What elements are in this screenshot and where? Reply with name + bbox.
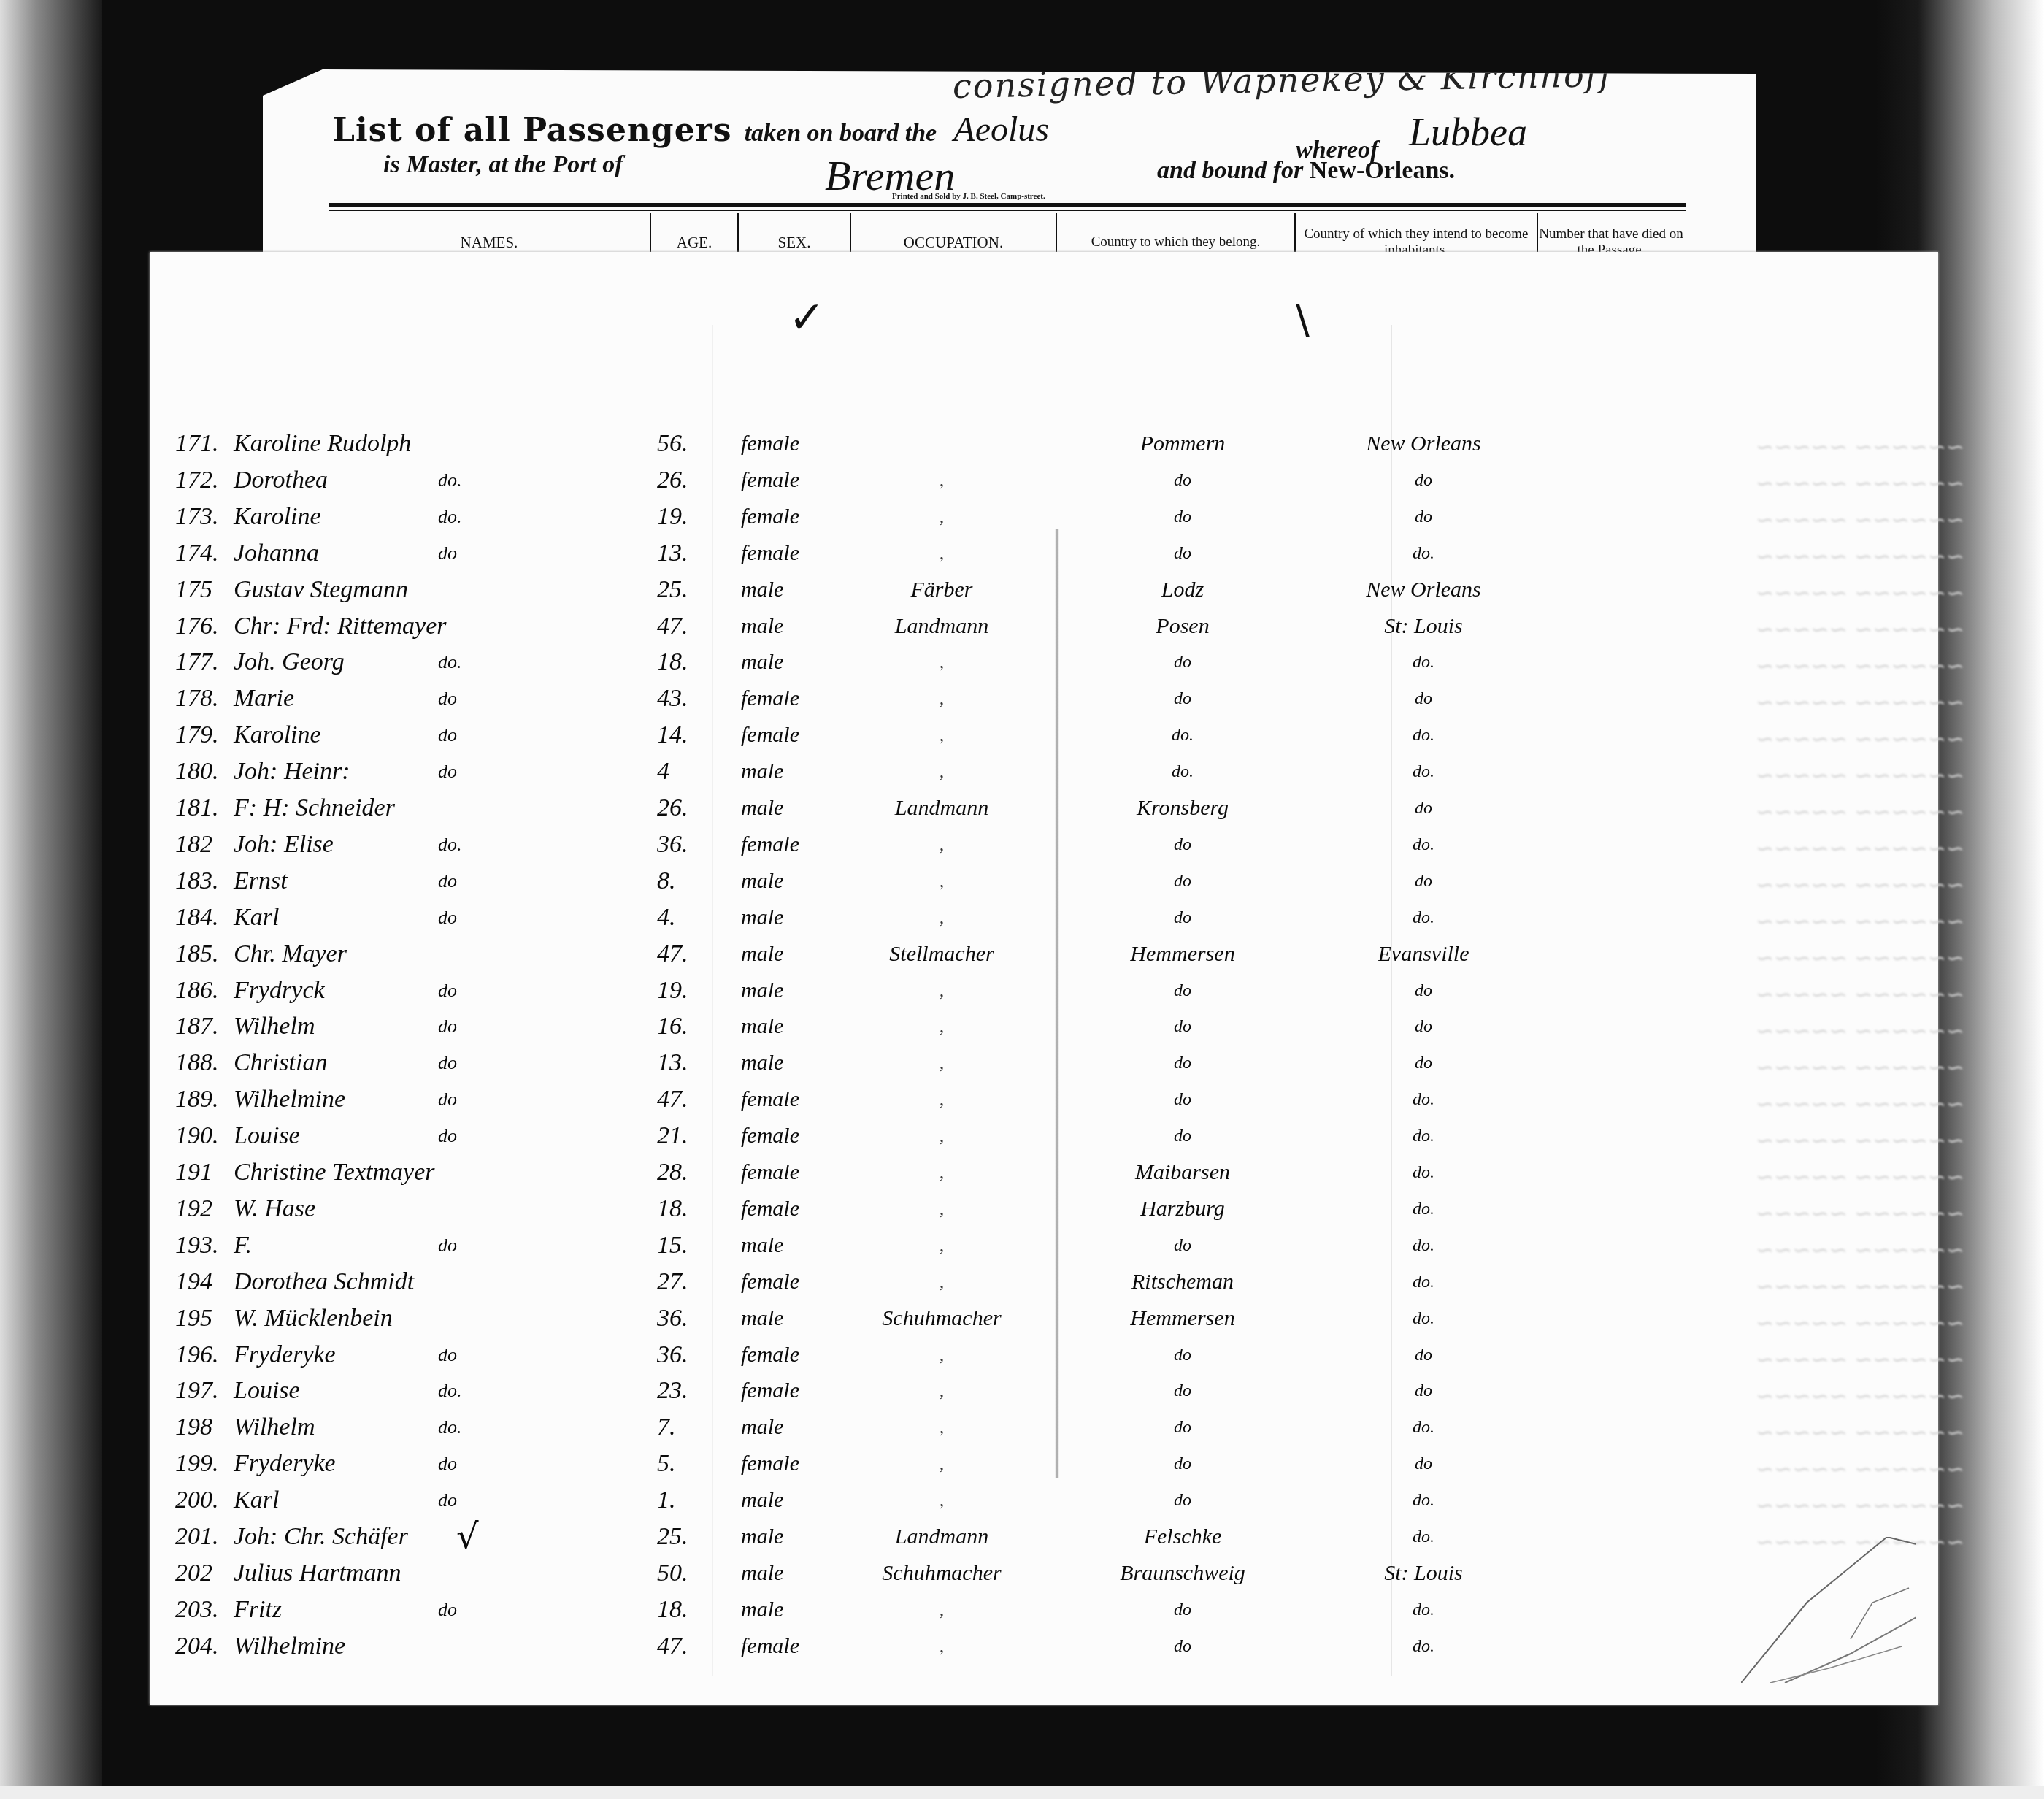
passenger-name: Dorothea bbox=[234, 464, 328, 497]
passenger-destination: New Orleans bbox=[1314, 573, 1533, 607]
passenger-number: 185. bbox=[175, 937, 234, 971]
passenger-name: Wilhelm bbox=[234, 1411, 315, 1444]
passenger-sex: male bbox=[741, 755, 783, 789]
passenger-destination: do. bbox=[1314, 1265, 1533, 1299]
passenger-number: 187. bbox=[175, 1010, 234, 1043]
passenger-occupation: , bbox=[847, 1010, 1037, 1043]
passenger-country: do bbox=[1073, 1010, 1292, 1043]
passenger-age: 1. bbox=[657, 1484, 701, 1517]
form-title: List of all Passengers bbox=[332, 112, 732, 149]
bleed-through-line: ~~~~~~ ~~~~~ bbox=[1756, 1457, 1964, 1482]
passenger-age: 26. bbox=[657, 791, 701, 825]
passenger-occupation: , bbox=[847, 682, 1037, 716]
passenger-age: 18. bbox=[657, 1593, 701, 1627]
passenger-name: W. Hase bbox=[234, 1192, 315, 1226]
passenger-age: 19. bbox=[657, 500, 701, 534]
passenger-sex: male bbox=[741, 1484, 783, 1517]
passenger-name: Karoline bbox=[234, 718, 321, 752]
passenger-name-ditto: do. bbox=[438, 828, 462, 862]
passenger-destination: do. bbox=[1314, 1484, 1533, 1517]
passenger-country: do bbox=[1073, 864, 1292, 898]
bleed-through-line: ~~~~~~ ~~~~~ bbox=[1756, 507, 1964, 533]
passenger-row: 171.Karoline Rudolph56.femalePommernNew … bbox=[150, 427, 1829, 461]
passenger-age: 36. bbox=[657, 1338, 701, 1372]
passenger-country: do bbox=[1073, 1119, 1292, 1153]
passenger-row: 197.Louisedo.23.female,dodo bbox=[150, 1374, 1829, 1408]
passenger-country: do bbox=[1073, 537, 1292, 570]
passenger-number: 171. bbox=[175, 427, 234, 461]
passenger-country: Hemmersen bbox=[1073, 937, 1292, 971]
passenger-sex: male bbox=[741, 1520, 783, 1554]
passenger-country: do bbox=[1073, 974, 1292, 1008]
passenger-occupation: , bbox=[847, 464, 1037, 497]
passenger-country: do bbox=[1073, 901, 1292, 935]
passenger-destination: do bbox=[1314, 1046, 1533, 1080]
passenger-sex: male bbox=[741, 901, 783, 935]
passenger-age: 28. bbox=[657, 1156, 701, 1189]
passenger-occupation: Schuhmacher bbox=[847, 1557, 1037, 1590]
passenger-age: 4 bbox=[657, 755, 701, 789]
passenger-row: 189.Wilhelminedo47.female,dodo. bbox=[150, 1083, 1829, 1116]
passenger-row: 180.Joh: Heinr:do4male,do.do. bbox=[150, 755, 1829, 789]
passenger-country: do bbox=[1073, 682, 1292, 716]
passenger-name-ditto: do bbox=[438, 1229, 457, 1262]
passenger-name: Fryderyke bbox=[234, 1338, 336, 1372]
bleed-through-line: ~~~~~~ ~~~~~ bbox=[1756, 1201, 1964, 1227]
passenger-sex: male bbox=[741, 1010, 783, 1043]
passenger-number: 199. bbox=[175, 1447, 234, 1481]
passenger-sex: male bbox=[741, 974, 783, 1008]
bleed-through-line: ~~~~~~ ~~~~~ bbox=[1756, 909, 1964, 935]
passenger-row: 190.Louisedo21.female,dodo. bbox=[150, 1119, 1829, 1153]
passenger-name: Fritz bbox=[234, 1593, 282, 1627]
passenger-name: Ernst bbox=[234, 864, 288, 898]
passenger-row: 196.Fryderykedo36.female,dodo bbox=[150, 1338, 1829, 1372]
passenger-destination: do. bbox=[1314, 1119, 1533, 1153]
passenger-row: 179.Karolinedo14.female,do.do. bbox=[150, 718, 1829, 752]
passenger-occupation: , bbox=[847, 1265, 1037, 1299]
passenger-occupation: , bbox=[847, 1593, 1037, 1627]
passenger-number: 194 bbox=[175, 1265, 234, 1299]
passenger-age: 27. bbox=[657, 1265, 701, 1299]
passenger-country: do bbox=[1073, 1083, 1292, 1116]
bleed-through-line: ~~~~~~ ~~~~~ bbox=[1756, 1311, 1964, 1336]
form-title-line: List of all Passengers taken on board th… bbox=[332, 110, 1049, 150]
passenger-row: 178.Mariedo43.female,dodo bbox=[150, 682, 1829, 716]
passenger-row: 175Gustav Stegmann25.maleFärberLodzNew O… bbox=[150, 573, 1829, 607]
vessel-name: Aeolus bbox=[953, 110, 1049, 149]
passenger-country: do bbox=[1073, 1630, 1292, 1663]
passenger-occupation: , bbox=[847, 500, 1037, 534]
passenger-destination: do. bbox=[1314, 1192, 1533, 1226]
passenger-country: Braunschweig bbox=[1073, 1557, 1292, 1590]
passenger-name-ditto: do bbox=[438, 1119, 457, 1153]
passenger-sex: female bbox=[741, 1338, 799, 1372]
passenger-occupation: , bbox=[847, 537, 1037, 570]
passenger-number: 179. bbox=[175, 718, 234, 752]
passenger-sex: female bbox=[741, 500, 799, 534]
bleed-through-line: ~~~~~~ ~~~~~ bbox=[1756, 872, 1964, 898]
passenger-name: Karoline bbox=[234, 500, 321, 534]
bleed-through-line: ~~~~~~ ~~~~~ bbox=[1756, 1055, 1964, 1081]
passenger-occupation: , bbox=[847, 755, 1037, 789]
passenger-name-ditto: do bbox=[438, 1484, 457, 1517]
passenger-name: Fryderyke bbox=[234, 1447, 336, 1481]
bleed-through-line: ~~~~~~ ~~~~~ bbox=[1756, 580, 1964, 606]
passenger-country: Maibarsen bbox=[1073, 1156, 1292, 1189]
passenger-age: 25. bbox=[657, 573, 701, 607]
scan-border-bottom bbox=[0, 1786, 2044, 1799]
passenger-sex: female bbox=[741, 718, 799, 752]
passenger-age: 47. bbox=[657, 1083, 701, 1116]
passenger-number: 175 bbox=[175, 573, 234, 607]
passenger-number: 189. bbox=[175, 1083, 234, 1116]
passenger-occupation: Färber bbox=[847, 573, 1037, 607]
passenger-name: Karl bbox=[234, 901, 279, 935]
bleed-through-line: ~~~~~~ ~~~~~ bbox=[1756, 836, 1964, 862]
passenger-sex: female bbox=[741, 1192, 799, 1226]
passenger-age: 16. bbox=[657, 1010, 701, 1043]
passenger-occupation: , bbox=[847, 1119, 1037, 1153]
passenger-age: 19. bbox=[657, 974, 701, 1008]
passenger-sex: female bbox=[741, 427, 799, 461]
bleed-through-line: ~~~~~~ ~~~~~ bbox=[1756, 1384, 1964, 1409]
passenger-occupation: , bbox=[847, 1156, 1037, 1189]
passenger-name: Karoline Rudolph bbox=[234, 427, 411, 461]
passenger-name-ditto: do bbox=[438, 974, 457, 1008]
passenger-number: 180. bbox=[175, 755, 234, 789]
passenger-age: 47. bbox=[657, 610, 701, 643]
passenger-country: do bbox=[1073, 1484, 1292, 1517]
passenger-sex: female bbox=[741, 1083, 799, 1116]
passenger-row: 198Wilhelmdo.7.male,dodo. bbox=[150, 1411, 1829, 1444]
passenger-occupation: , bbox=[847, 718, 1037, 752]
bleed-through-line: ~~~~~~ ~~~~~ bbox=[1756, 617, 1964, 642]
passenger-age: 14. bbox=[657, 718, 701, 752]
passenger-number: 178. bbox=[175, 682, 234, 716]
passenger-sex: male bbox=[741, 645, 783, 679]
passenger-name: Joh: Heinr: bbox=[234, 755, 350, 789]
passenger-name-ditto: do. bbox=[438, 500, 462, 534]
passenger-row: 204.Wilhelmine47.female,dodo. bbox=[150, 1630, 1829, 1663]
passenger-country: do bbox=[1073, 1338, 1292, 1372]
passenger-age: 43. bbox=[657, 682, 701, 716]
passenger-age: 18. bbox=[657, 645, 701, 679]
passenger-row: 181.F: H: Schneider26.maleLandmannKronsb… bbox=[150, 791, 1829, 825]
passenger-number: 198 bbox=[175, 1411, 234, 1444]
passenger-number: 184. bbox=[175, 901, 234, 935]
passenger-destination: do. bbox=[1314, 828, 1533, 862]
bleed-through-line: ~~~~~~ ~~~~~ bbox=[1756, 945, 1964, 971]
passenger-age: 36. bbox=[657, 1302, 701, 1335]
bleed-through-line: ~~~~~~ ~~~~~ bbox=[1756, 982, 1964, 1008]
master-line: is Master, at the Port of bbox=[383, 151, 623, 179]
passenger-number: 197. bbox=[175, 1374, 234, 1408]
passenger-number: 181. bbox=[175, 791, 234, 825]
passenger-number: 196. bbox=[175, 1338, 234, 1372]
passenger-occupation: , bbox=[847, 645, 1037, 679]
printer-credit: Printed and Sold by J. B. Steel, Camp-st… bbox=[892, 192, 1045, 201]
passenger-occupation: , bbox=[847, 901, 1037, 935]
bleed-through-line: ~~~~~~ ~~~~~ bbox=[1756, 653, 1964, 679]
passenger-name-ditto: do bbox=[438, 1593, 457, 1627]
passenger-occupation: Schuhmacher bbox=[847, 1302, 1037, 1335]
passenger-name: Frydryck bbox=[234, 974, 325, 1008]
passenger-name-ditto: do bbox=[438, 864, 457, 898]
passenger-country: Lodz bbox=[1073, 573, 1292, 607]
passenger-name: Christine Textmayer bbox=[234, 1156, 434, 1189]
header-rule-top-thin bbox=[328, 210, 1686, 211]
master-name: Lubbea bbox=[1409, 110, 1527, 155]
destination-port: New-Orleans. bbox=[1310, 157, 1455, 184]
passenger-row: 191Christine Textmayer28.female,Maibarse… bbox=[150, 1156, 1829, 1189]
passenger-name-ditto: do bbox=[438, 1447, 457, 1481]
passenger-number: 188. bbox=[175, 1046, 234, 1080]
passenger-row: 202Julius Hartmann50.maleSchuhmacherBrau… bbox=[150, 1557, 1829, 1590]
passenger-destination: do bbox=[1314, 1338, 1533, 1372]
passenger-name: W. Mücklenbein bbox=[234, 1302, 393, 1335]
passenger-occupation: Landmann bbox=[847, 1520, 1037, 1554]
passenger-name-ditto: do bbox=[438, 1083, 457, 1116]
passenger-destination: do. bbox=[1314, 1630, 1533, 1663]
bleed-through-line: ~~~~~~ ~~~~~ bbox=[1756, 544, 1964, 569]
passenger-age: 36. bbox=[657, 828, 701, 862]
form-title-continuation: taken on board the bbox=[745, 120, 937, 147]
passenger-row: 183.Ernstdo8.male,dodo bbox=[150, 864, 1829, 898]
passenger-name-ditto: do. bbox=[438, 645, 462, 679]
passenger-destination: do. bbox=[1314, 1156, 1533, 1189]
passenger-row: 193.F.do15.male,dodo. bbox=[150, 1229, 1829, 1262]
bleed-through-line: ~~~~~~ ~~~~~ bbox=[1756, 471, 1964, 496]
passenger-name: Louise bbox=[234, 1119, 300, 1153]
passenger-number: 204. bbox=[175, 1630, 234, 1663]
passenger-row: 200.Karldo1.male,dodo. bbox=[150, 1484, 1829, 1517]
passenger-destination: do bbox=[1314, 500, 1533, 534]
passenger-sex: female bbox=[741, 537, 799, 570]
passenger-sex: male bbox=[741, 937, 783, 971]
passenger-destination: St: Louis bbox=[1314, 610, 1533, 643]
passenger-sex: male bbox=[741, 864, 783, 898]
passenger-name-ditto: do bbox=[438, 1338, 457, 1372]
passenger-age: 4. bbox=[657, 901, 701, 935]
passenger-name-ditto: do bbox=[438, 755, 457, 789]
passenger-row: 172.Dorotheado.26.female,dodo bbox=[150, 464, 1829, 497]
passenger-sex: female bbox=[741, 1447, 799, 1481]
passenger-sex: female bbox=[741, 1119, 799, 1153]
passenger-number: 202 bbox=[175, 1557, 234, 1590]
passenger-destination: Evansville bbox=[1314, 937, 1533, 971]
passenger-sex: female bbox=[741, 828, 799, 862]
passenger-country: do bbox=[1073, 645, 1292, 679]
passenger-country: do bbox=[1073, 1411, 1292, 1444]
passenger-destination: do. bbox=[1314, 1229, 1533, 1262]
passenger-row: 194Dorothea Schmidt27.female,Ritschemand… bbox=[150, 1265, 1829, 1299]
passenger-number: 176. bbox=[175, 610, 234, 643]
passenger-name: Wilhelmine bbox=[234, 1083, 345, 1116]
passenger-number: 186. bbox=[175, 974, 234, 1008]
passenger-country: Ritscheman bbox=[1073, 1265, 1292, 1299]
passenger-row: 173.Karolinedo.19.female,dodo bbox=[150, 500, 1829, 534]
passenger-name: Marie bbox=[234, 682, 294, 716]
passenger-destination: do. bbox=[1314, 1083, 1533, 1116]
passenger-country: do bbox=[1073, 1593, 1292, 1627]
passenger-occupation: Landmann bbox=[847, 610, 1037, 643]
scan-border-left bbox=[0, 0, 102, 1799]
passenger-destination: do bbox=[1314, 1010, 1533, 1043]
passenger-occupation: , bbox=[847, 1192, 1037, 1226]
passenger-number: 172. bbox=[175, 464, 234, 497]
passenger-number: 177. bbox=[175, 645, 234, 679]
passenger-number: 193. bbox=[175, 1229, 234, 1262]
passenger-country: do bbox=[1073, 1374, 1292, 1408]
passenger-sex: male bbox=[741, 1229, 783, 1262]
passenger-name: Dorothea Schmidt bbox=[234, 1265, 414, 1299]
passenger-row: 192W. Hase18.female,Harzburgdo. bbox=[150, 1192, 1829, 1226]
passenger-name: Christian bbox=[234, 1046, 327, 1080]
passenger-sex: female bbox=[741, 1630, 799, 1663]
passenger-row: 201.Joh: Chr. Schäfer√25.maleLandmannFel… bbox=[150, 1520, 1829, 1554]
passenger-occupation: , bbox=[847, 1338, 1037, 1372]
passenger-age: 21. bbox=[657, 1119, 701, 1153]
passenger-occupation: , bbox=[847, 1229, 1037, 1262]
passenger-name: F. bbox=[234, 1229, 252, 1262]
passenger-age: 18. bbox=[657, 1192, 701, 1226]
passenger-sex: male bbox=[741, 1302, 783, 1335]
bleed-through-line: ~~~~~~ ~~~~~ bbox=[1756, 1347, 1964, 1373]
passenger-age: 47. bbox=[657, 937, 701, 971]
bleed-through-line: ~~~~~~ ~~~~~ bbox=[1756, 1420, 1964, 1446]
passenger-sex: male bbox=[741, 1046, 783, 1080]
passenger-number: 201. bbox=[175, 1520, 234, 1554]
bleed-through-line: ~~~~~~ ~~~~~ bbox=[1756, 1128, 1964, 1154]
passenger-name-ditto: do. bbox=[438, 1411, 462, 1444]
passenger-destination: do bbox=[1314, 864, 1533, 898]
passenger-row: 182Joh: Elisedo.36.female,dodo. bbox=[150, 828, 1829, 862]
passenger-occupation: Landmann bbox=[847, 791, 1037, 825]
bleed-through-line: ~~~~~~ ~~~~~ bbox=[1756, 726, 1964, 752]
passenger-sex: female bbox=[741, 1156, 799, 1189]
passenger-name: Chr: Frd: Rittemayer bbox=[234, 610, 446, 643]
passenger-occupation: , bbox=[847, 1046, 1037, 1080]
passenger-sex: female bbox=[741, 1265, 799, 1299]
bleed-through-line: ~~~~~~ ~~~~~ bbox=[1756, 1238, 1964, 1263]
passenger-row: 185.Chr. Mayer47.maleStellmacherHemmerse… bbox=[150, 937, 1829, 971]
passenger-sex: male bbox=[741, 1557, 783, 1590]
passenger-number: 174. bbox=[175, 537, 234, 570]
manifest-page: ✓ \ 171.Karoline Rudolph56.femalePommern… bbox=[150, 252, 1938, 1705]
passenger-row: 174.Johannado13.female,dodo. bbox=[150, 537, 1829, 570]
passenger-country: Pommern bbox=[1073, 427, 1292, 461]
checkmark-icon: ✓ bbox=[788, 292, 825, 343]
passenger-destination: New Orleans bbox=[1314, 427, 1533, 461]
passenger-number: 203. bbox=[175, 1593, 234, 1627]
header-rule-top bbox=[328, 203, 1686, 207]
passenger-name: F: H: Schneider bbox=[234, 791, 395, 825]
passenger-name-ditto: do bbox=[438, 537, 457, 570]
bleed-through-line: ~~~~~~ ~~~~~ bbox=[1756, 1493, 1964, 1519]
passenger-country: Felschke bbox=[1073, 1520, 1292, 1554]
passenger-country: do bbox=[1073, 1229, 1292, 1262]
passenger-name: Karl bbox=[234, 1484, 279, 1517]
passenger-country: do bbox=[1073, 1046, 1292, 1080]
passenger-occupation: , bbox=[847, 1374, 1037, 1408]
passenger-row: 187.Wilhelmdo16.male,dodo bbox=[150, 1010, 1829, 1043]
passenger-name-ditto: do bbox=[438, 1046, 457, 1080]
bound-line: and bound for New-Orleans. bbox=[1157, 157, 1455, 185]
passenger-sex: female bbox=[741, 682, 799, 716]
passenger-age: 5. bbox=[657, 1447, 701, 1481]
passenger-occupation: , bbox=[847, 1083, 1037, 1116]
passenger-name-ditto: do bbox=[438, 682, 457, 716]
passenger-destination: do bbox=[1314, 791, 1533, 825]
passenger-sex: male bbox=[741, 791, 783, 825]
passenger-country: do. bbox=[1073, 718, 1292, 752]
bound-prefix: and bound for bbox=[1157, 157, 1303, 184]
bleed-through-line: ~~~~~~ ~~~~~ bbox=[1756, 1092, 1964, 1117]
passenger-sex: male bbox=[741, 610, 783, 643]
passenger-name-ditto: do. bbox=[438, 464, 462, 497]
passenger-age: 26. bbox=[657, 464, 701, 497]
passenger-destination: do. bbox=[1314, 718, 1533, 752]
passenger-destination: do. bbox=[1314, 1411, 1533, 1444]
passenger-name: Johanna bbox=[234, 537, 319, 570]
passenger-name: Louise bbox=[234, 1374, 300, 1408]
passenger-name: Julius Hartmann bbox=[234, 1557, 401, 1590]
passenger-name-ditto: do bbox=[438, 1010, 457, 1043]
bleed-through-line: ~~~~~~ ~~~~~ bbox=[1756, 1165, 1964, 1190]
passenger-name: Wilhelmine bbox=[234, 1630, 345, 1663]
passenger-age: 56. bbox=[657, 427, 701, 461]
passenger-destination: do. bbox=[1314, 755, 1533, 789]
passenger-name: Gustav Stegmann bbox=[234, 573, 408, 607]
passenger-age: 25. bbox=[657, 1520, 701, 1554]
bleed-through-line: ~~~~~~ ~~~~~ bbox=[1756, 1019, 1964, 1044]
passenger-row: 188.Christiando13.male,dodo bbox=[150, 1046, 1829, 1080]
passenger-row: 176.Chr: Frd: Rittemayer47.maleLandmannP… bbox=[150, 610, 1829, 643]
passenger-occupation: , bbox=[847, 1484, 1037, 1517]
bleed-through-line: ~~~~~~ ~~~~~ bbox=[1756, 763, 1964, 789]
consigned-note: consigned to Wapnekey & Kirchhoff bbox=[953, 55, 1613, 106]
passenger-number: 183. bbox=[175, 864, 234, 898]
passenger-name-ditto: do bbox=[438, 901, 457, 935]
passenger-name: Wilhelm bbox=[234, 1010, 315, 1043]
passenger-age: 47. bbox=[657, 1630, 701, 1663]
passenger-destination: do bbox=[1314, 682, 1533, 716]
passenger-destination: do bbox=[1314, 1374, 1533, 1408]
passenger-country: Harzburg bbox=[1073, 1192, 1292, 1226]
passenger-destination: do. bbox=[1314, 1593, 1533, 1627]
passenger-country: do bbox=[1073, 828, 1292, 862]
passenger-sex: female bbox=[741, 1374, 799, 1408]
passenger-country: do bbox=[1073, 464, 1292, 497]
passenger-destination: St: Louis bbox=[1314, 1557, 1533, 1590]
passenger-row: 186.Frydryckdo19.male,dodo bbox=[150, 974, 1829, 1008]
passenger-destination: do. bbox=[1314, 1520, 1533, 1554]
passenger-number: 192 bbox=[175, 1192, 234, 1226]
bleed-through-line: ~~~~~~ ~~~~~ bbox=[1756, 1274, 1964, 1300]
passenger-sex: male bbox=[741, 1411, 783, 1444]
passenger-number: 200. bbox=[175, 1484, 234, 1517]
passenger-name-ditto: do bbox=[438, 718, 457, 752]
passenger-name: Joh: Chr. Schäfer bbox=[234, 1520, 408, 1554]
passenger-name: Chr. Mayer bbox=[234, 937, 347, 971]
passenger-occupation: , bbox=[847, 974, 1037, 1008]
passenger-age: 8. bbox=[657, 864, 701, 898]
passenger-occupation: , bbox=[847, 864, 1037, 898]
passenger-sex: male bbox=[741, 573, 783, 607]
passenger-country: Kronsberg bbox=[1073, 791, 1292, 825]
passenger-row: 177.Joh. Georgdo.18.male,dodo. bbox=[150, 645, 1829, 679]
